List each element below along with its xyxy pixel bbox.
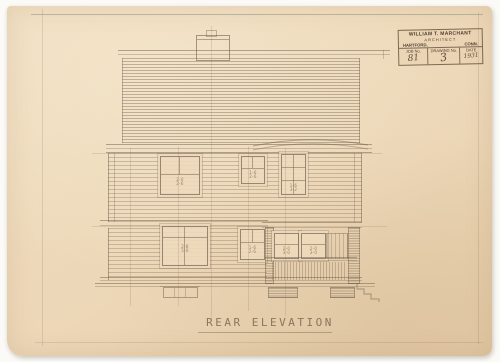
- porch-post-right: [348, 227, 360, 284]
- title-block-fields: JOB No. 81 DRAWING No. 3 DATE 1931: [399, 46, 482, 65]
- roof-shingles: [122, 58, 360, 143]
- ground-line: [95, 283, 375, 284]
- roof-ridge-line: [118, 54, 390, 55]
- muntin-line: [179, 157, 180, 174]
- porch-foundation-vent-left: [268, 287, 298, 298]
- foundation-vent: [163, 287, 198, 298]
- second-floor-wall: [108, 153, 362, 222]
- window-size-note: 1-6 2-6: [242, 171, 264, 179]
- drawing-sheet: WILLIAM T. MARCHANT ARCHITECT HARTFORD, …: [7, 6, 492, 356]
- porch-window-left: 2-0 3-0: [274, 233, 299, 259]
- porch-sill-line: [265, 260, 357, 261]
- window-size-note: 1-6 2-6: [241, 246, 264, 254]
- title-block: WILLIAM T. MARCHANT ARCHITECT HARTFORD, …: [398, 28, 484, 66]
- porch-window-right: 2-0 3-0: [301, 233, 326, 259]
- construction-line-horizontal: [92, 226, 387, 227]
- porch-foundation-vent-right: [330, 287, 355, 298]
- sash-rail-line: [275, 244, 298, 245]
- belt-course-line: [100, 220, 268, 221]
- window-size-note: 2-0 3-0: [302, 247, 325, 255]
- sash-rail-line: [302, 244, 325, 245]
- eave-line: [106, 144, 372, 145]
- sash-rail-line: [241, 242, 264, 243]
- construction-line-horizontal: [92, 153, 382, 154]
- sheet-border-bottom: [35, 342, 483, 343]
- window-upper-middle: 1-6 2-6: [241, 156, 265, 184]
- window-size-note: 2-0 2-6: [161, 178, 199, 186]
- water-table-line: [100, 277, 362, 278]
- sash-rail-line: [161, 174, 199, 175]
- chimney-cap-line: [197, 39, 229, 40]
- sheet-border-left: [42, 9, 43, 346]
- porch-side-panel: [326, 233, 348, 259]
- window-upper-left: 2-0 2-6: [160, 156, 200, 195]
- sash-rail-line: [242, 168, 264, 169]
- drawing-title-underline: [198, 332, 332, 333]
- vent-slat-line: [174, 288, 175, 297]
- corner-board-left: [114, 153, 115, 222]
- muntin-line: [252, 230, 253, 242]
- porch-sill-line: [265, 257, 357, 258]
- porch-roof-line: [262, 222, 362, 223]
- job-number-value: 81: [399, 52, 428, 65]
- porch-roof-line: [262, 227, 362, 228]
- construction-line-vertical: [211, 26, 212, 321]
- roof-ridge-line: [118, 50, 390, 51]
- scan-background: WILLIAM T. MARCHANT ARCHITECT HARTFORD, …: [0, 0, 500, 362]
- date-field: DATE 1931: [459, 47, 482, 63]
- sheet-border-top: [31, 14, 483, 15]
- window-size-note: 2-0 3-0: [275, 247, 298, 255]
- eave-line: [106, 148, 372, 149]
- window-lower-left: 2-8 5-0: [162, 226, 208, 266]
- vent-slat-line: [185, 288, 186, 297]
- construction-line-vertical: [285, 148, 286, 316]
- water-table-line: [100, 280, 362, 281]
- roof-gable-edge-line: [383, 50, 384, 59]
- muntin-line: [252, 157, 253, 168]
- construction-line-vertical: [130, 148, 131, 306]
- date-value: 1931: [460, 51, 482, 60]
- window-size-note: 2-8 5-0: [163, 245, 207, 253]
- window-lower-middle: 1-6 2-6: [240, 229, 265, 260]
- construction-line-vertical: [248, 146, 249, 311]
- job-number-field: JOB No. 81: [399, 48, 428, 65]
- sash-rail-line: [163, 237, 207, 238]
- corner-board-right: [354, 153, 355, 222]
- drawing-title: REAR ELEVATION: [100, 316, 440, 329]
- drawing-number-field: DRAWING No. 3: [427, 48, 459, 65]
